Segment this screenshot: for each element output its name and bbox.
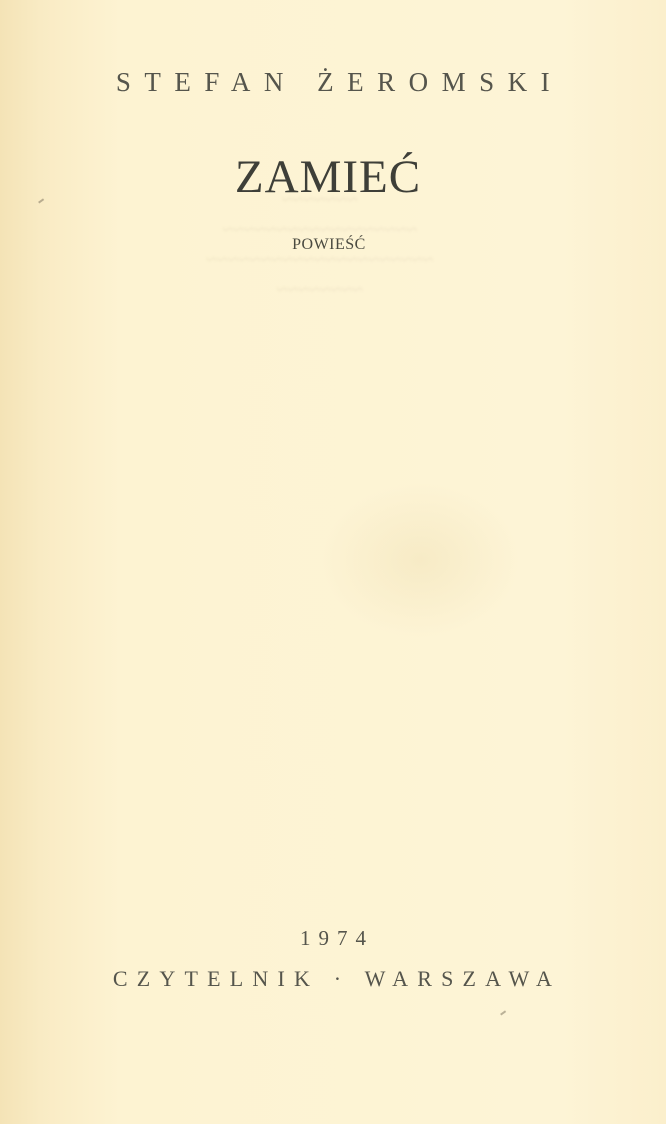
book-title: ZAMIEĆ bbox=[0, 150, 666, 204]
publication-year: 1974 bbox=[0, 926, 666, 951]
paper-speck bbox=[500, 1010, 506, 1015]
publisher-imprint: CZYTELNIK · WARSZAWA bbox=[0, 966, 666, 992]
book-genre-subtitle: POWIEŚĆ bbox=[0, 236, 666, 254]
author-name: STEFAN ŻEROMSKI bbox=[0, 67, 666, 98]
book-title-page: ~~~~~~~~~~~~~~~~~~~~~~~~~~~~~~~~~~~~~~~~… bbox=[0, 0, 666, 1124]
